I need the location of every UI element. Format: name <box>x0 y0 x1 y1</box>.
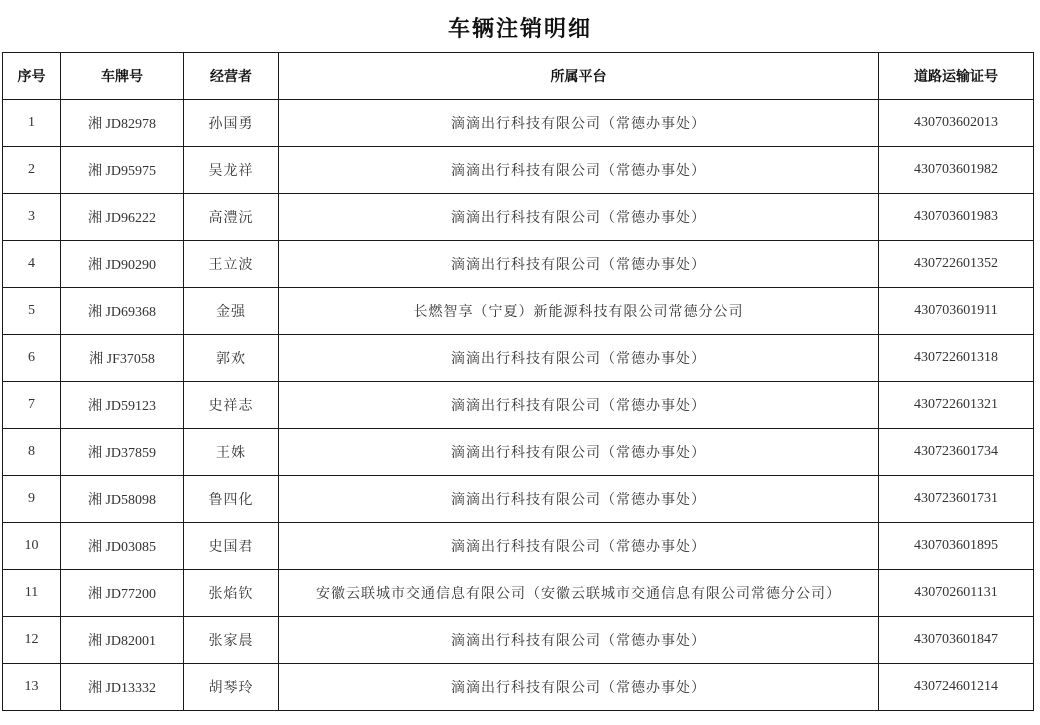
table-header-row: 序号 车牌号 经营者 所属平台 道路运输证号 <box>3 53 1034 100</box>
row-permit: 430703601982 <box>879 147 1034 194</box>
row-operator: 高澧沅 <box>184 194 279 241</box>
table-row: 8湘 JD37859王姝滴滴出行科技有限公司（常德办事处）43072360173… <box>3 429 1034 476</box>
row-plate: 湘 JD13332 <box>61 664 184 711</box>
row-operator: 史祥志 <box>184 382 279 429</box>
row-plate: 湘 JD69368 <box>61 288 184 335</box>
row-permit: 430703602013 <box>879 100 1034 147</box>
row-permit: 430703601847 <box>879 617 1034 664</box>
row-plate: 湘 JD82978 <box>61 100 184 147</box>
header-platform: 所属平台 <box>279 53 879 100</box>
row-index: 12 <box>3 617 61 664</box>
header-plate: 车牌号 <box>61 53 184 100</box>
row-platform: 滴滴出行科技有限公司（常德办事处） <box>279 147 879 194</box>
row-operator: 史国君 <box>184 523 279 570</box>
row-operator: 鲁四化 <box>184 476 279 523</box>
header-permit: 道路运输证号 <box>879 53 1034 100</box>
row-platform: 滴滴出行科技有限公司（常德办事处） <box>279 429 879 476</box>
row-plate: 湘 JD59123 <box>61 382 184 429</box>
row-index: 4 <box>3 241 61 288</box>
row-permit: 430723601734 <box>879 429 1034 476</box>
row-index: 3 <box>3 194 61 241</box>
row-index: 1 <box>3 100 61 147</box>
document-title: 车辆注销明细 <box>0 12 1040 43</box>
table-row: 5湘 JD69368金强长燃智享（宁夏）新能源科技有限公司常德分公司430703… <box>3 288 1034 335</box>
row-permit: 430722601318 <box>879 335 1034 382</box>
row-index: 8 <box>3 429 61 476</box>
row-platform: 滴滴出行科技有限公司（常德办事处） <box>279 617 879 664</box>
row-operator: 吴龙祥 <box>184 147 279 194</box>
row-permit: 430723601731 <box>879 476 1034 523</box>
row-operator: 张家晨 <box>184 617 279 664</box>
row-platform: 滴滴出行科技有限公司（常德办事处） <box>279 335 879 382</box>
row-plate: 湘 JD96222 <box>61 194 184 241</box>
row-platform: 滴滴出行科技有限公司（常德办事处） <box>279 476 879 523</box>
row-platform: 滴滴出行科技有限公司（常德办事处） <box>279 100 879 147</box>
row-permit: 430722601352 <box>879 241 1034 288</box>
row-permit: 430703601983 <box>879 194 1034 241</box>
row-platform: 滴滴出行科技有限公司（常德办事处） <box>279 664 879 711</box>
row-index: 5 <box>3 288 61 335</box>
row-plate: 湘 JD03085 <box>61 523 184 570</box>
table-row: 4湘 JD90290王立波滴滴出行科技有限公司（常德办事处）4307226013… <box>3 241 1034 288</box>
row-platform: 滴滴出行科技有限公司（常德办事处） <box>279 382 879 429</box>
row-index: 13 <box>3 664 61 711</box>
row-platform: 滴滴出行科技有限公司（常德办事处） <box>279 241 879 288</box>
row-plate: 湘 JD77200 <box>61 570 184 617</box>
row-operator: 郭欢 <box>184 335 279 382</box>
row-plate: 湘 JD58098 <box>61 476 184 523</box>
row-index: 9 <box>3 476 61 523</box>
row-index: 10 <box>3 523 61 570</box>
row-operator: 胡琴玲 <box>184 664 279 711</box>
row-index: 11 <box>3 570 61 617</box>
row-platform: 安徽云联城市交通信息有限公司（安徽云联城市交通信息有限公司常德分公司） <box>279 570 879 617</box>
row-index: 2 <box>3 147 61 194</box>
table-row: 3湘 JD96222高澧沅滴滴出行科技有限公司（常德办事处）4307036019… <box>3 194 1034 241</box>
row-plate: 湘 JD95975 <box>61 147 184 194</box>
row-operator: 孙国勇 <box>184 100 279 147</box>
row-plate: 湘 JF37058 <box>61 335 184 382</box>
header-index: 序号 <box>3 53 61 100</box>
row-operator: 金强 <box>184 288 279 335</box>
row-plate: 湘 JD37859 <box>61 429 184 476</box>
table-row: 7湘 JD59123史祥志滴滴出行科技有限公司（常德办事处）4307226013… <box>3 382 1034 429</box>
table-row: 10湘 JD03085史国君滴滴出行科技有限公司（常德办事处）430703601… <box>3 523 1034 570</box>
row-plate: 湘 JD82001 <box>61 617 184 664</box>
row-platform: 长燃智享（宁夏）新能源科技有限公司常德分公司 <box>279 288 879 335</box>
table-body: 1湘 JD82978孙国勇滴滴出行科技有限公司（常德办事处）4307036020… <box>3 100 1034 711</box>
table-row: 13湘 JD13332胡琴玲滴滴出行科技有限公司（常德办事处）430724601… <box>3 664 1034 711</box>
table-row: 11湘 JD77200张焰钦安徽云联城市交通信息有限公司（安徽云联城市交通信息有… <box>3 570 1034 617</box>
table-row: 9湘 JD58098鲁四化滴滴出行科技有限公司（常德办事处）4307236017… <box>3 476 1034 523</box>
row-index: 6 <box>3 335 61 382</box>
header-operator: 经营者 <box>184 53 279 100</box>
row-operator: 王姝 <box>184 429 279 476</box>
row-permit: 430702601131 <box>879 570 1034 617</box>
table-row: 2湘 JD95975吴龙祥滴滴出行科技有限公司（常德办事处）4307036019… <box>3 147 1034 194</box>
table-row: 1湘 JD82978孙国勇滴滴出行科技有限公司（常德办事处）4307036020… <box>3 100 1034 147</box>
row-permit: 430703601895 <box>879 523 1034 570</box>
row-platform: 滴滴出行科技有限公司（常德办事处） <box>279 194 879 241</box>
vehicle-cancellation-table: 序号 车牌号 经营者 所属平台 道路运输证号 1湘 JD82978孙国勇滴滴出行… <box>2 52 1034 711</box>
row-permit: 430703601911 <box>879 288 1034 335</box>
row-permit: 430722601321 <box>879 382 1034 429</box>
row-permit: 430724601214 <box>879 664 1034 711</box>
table-row: 12湘 JD82001张家晨滴滴出行科技有限公司（常德办事处）430703601… <box>3 617 1034 664</box>
row-operator: 王立波 <box>184 241 279 288</box>
row-platform: 滴滴出行科技有限公司（常德办事处） <box>279 523 879 570</box>
row-index: 7 <box>3 382 61 429</box>
row-operator: 张焰钦 <box>184 570 279 617</box>
table-row: 6湘 JF37058郭欢滴滴出行科技有限公司（常德办事处）43072260131… <box>3 335 1034 382</box>
row-plate: 湘 JD90290 <box>61 241 184 288</box>
